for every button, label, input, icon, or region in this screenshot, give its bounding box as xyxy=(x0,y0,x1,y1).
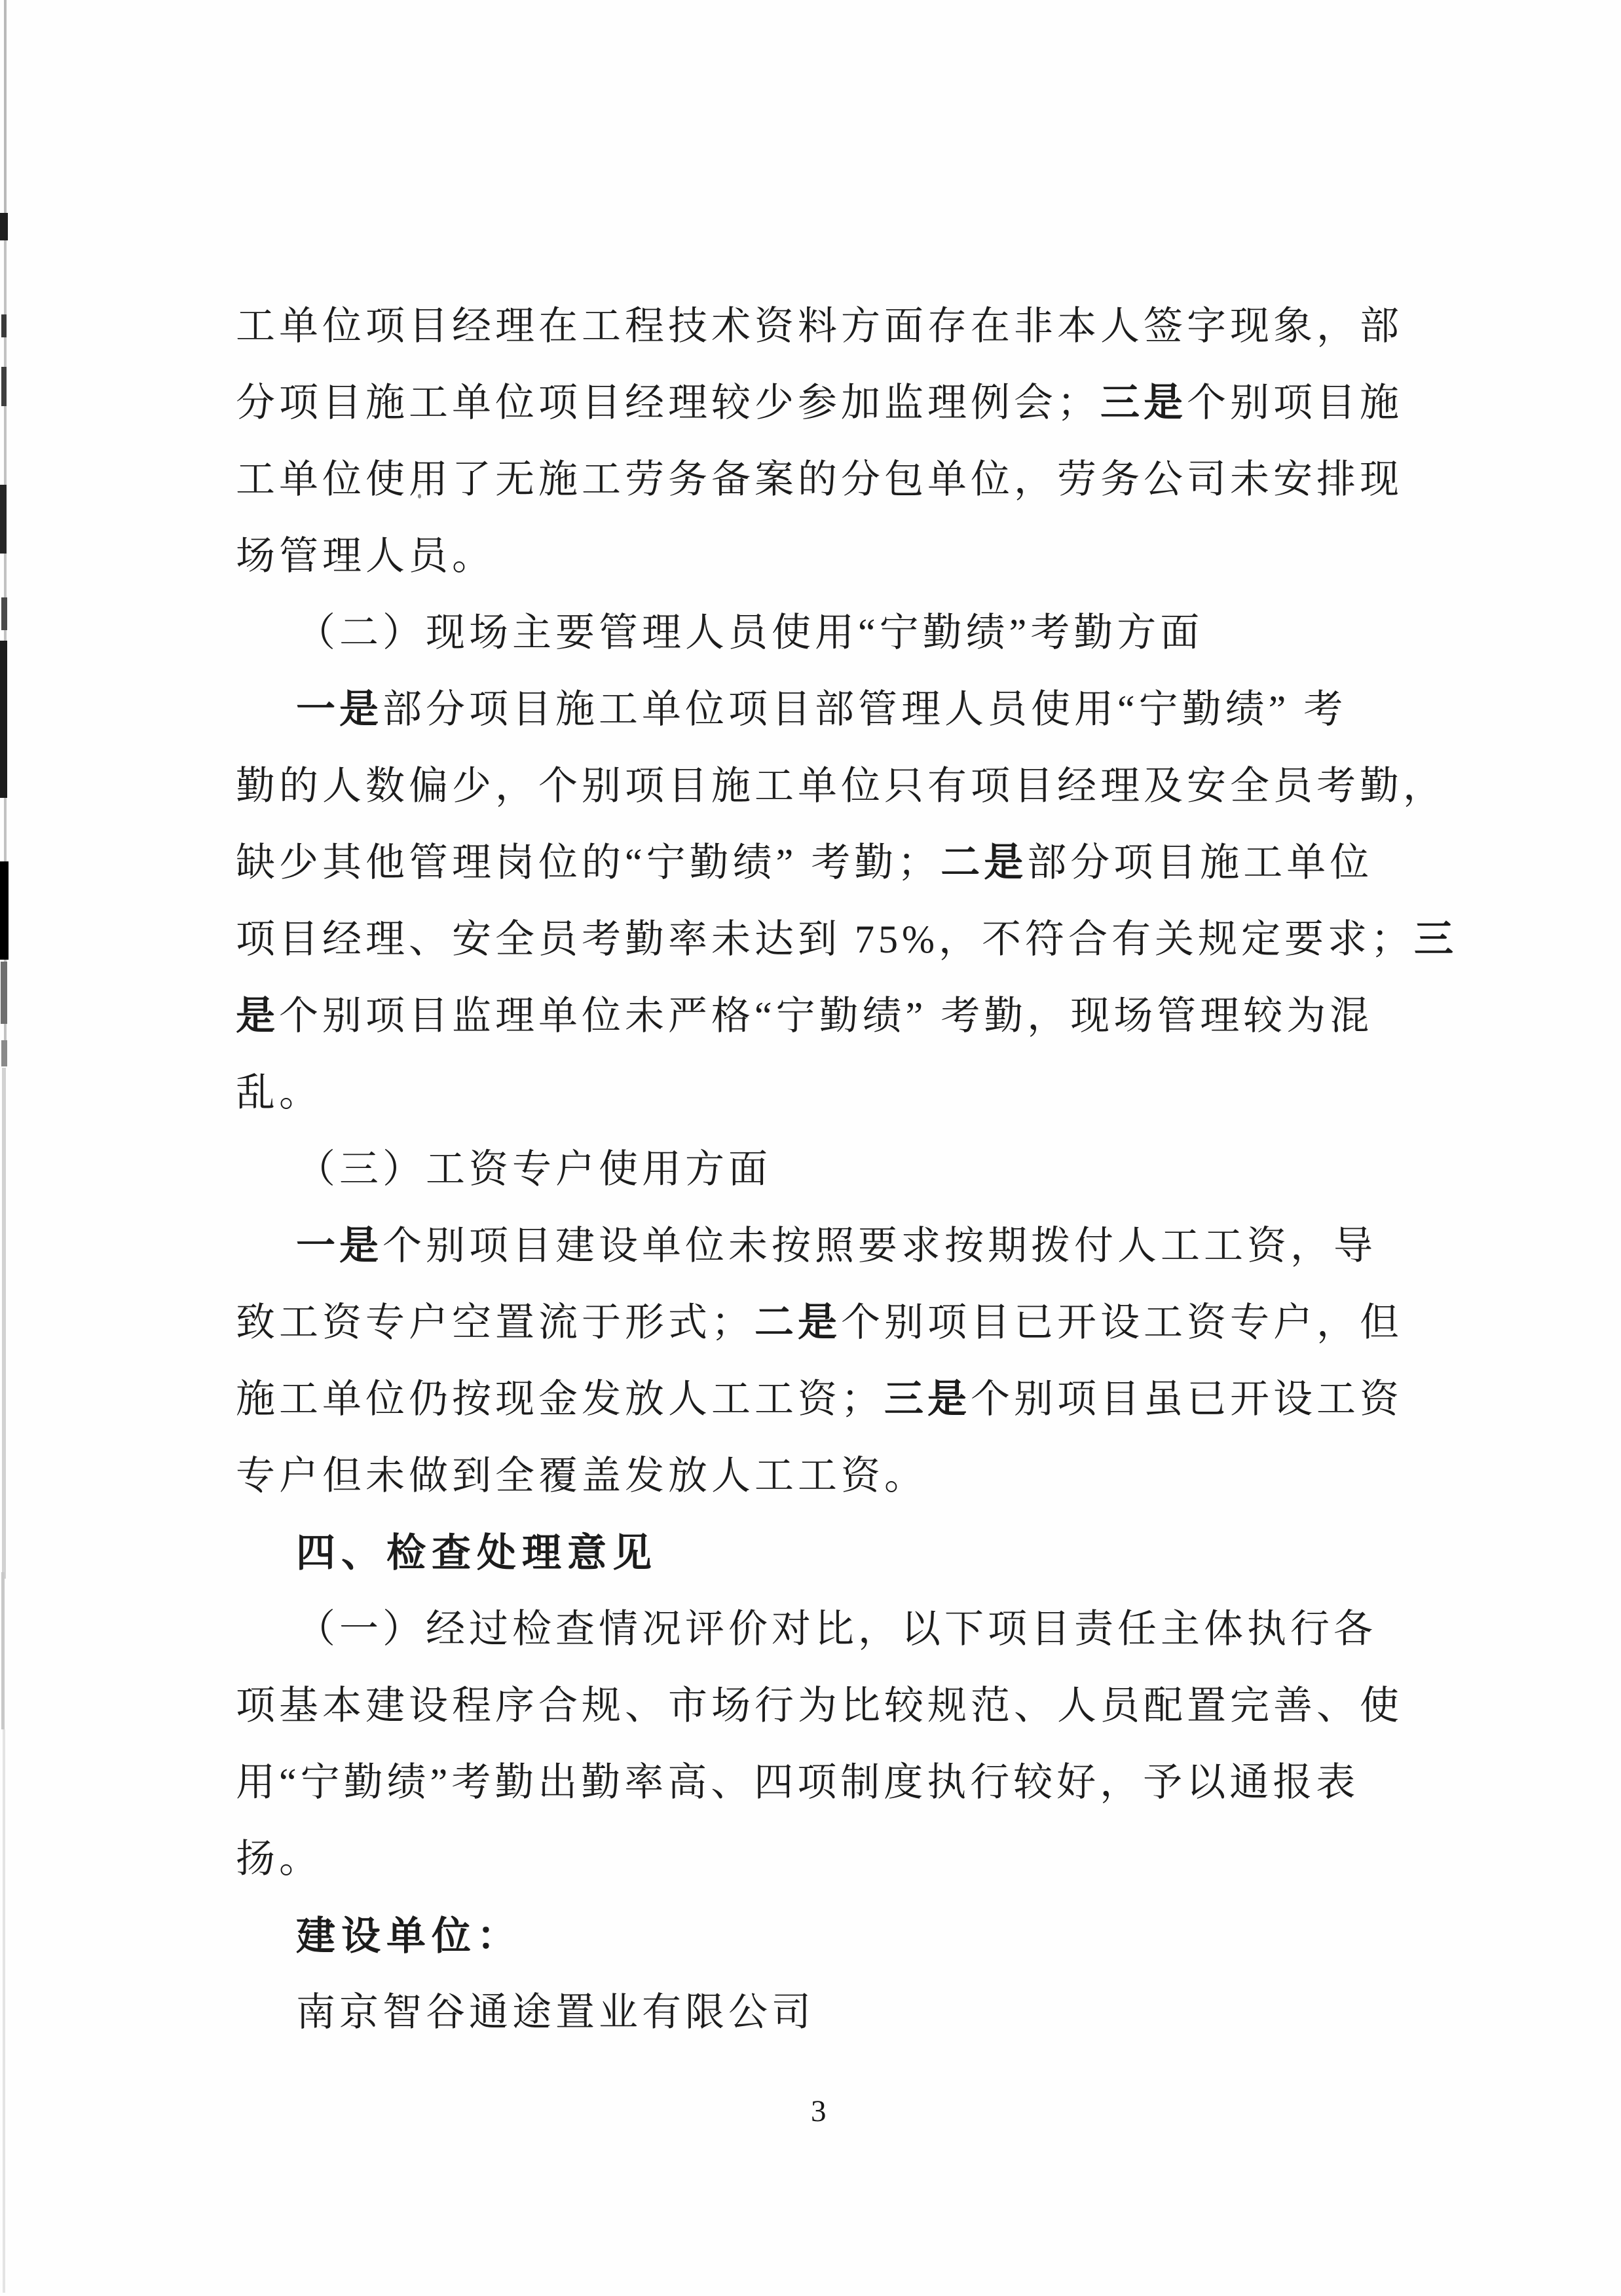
text-line: 四、检查处理意见 xyxy=(236,1532,1540,1573)
body-text: 施工单位仍按现金发放人工工资； xyxy=(236,1378,884,1421)
text-line: 项目经理、安全员考勤率未达到 75%，不符合有关规定要求；三 xyxy=(236,919,1480,960)
text-line: 扬。 xyxy=(236,1839,1480,1880)
text-line: 专户但未做到全覆盖发放人工工资。 xyxy=(236,1456,1480,1497)
text-line: 缺少其他管理岗位的“宁勤绩” 考勤；二是部分项目施工单位 xyxy=(236,842,1480,884)
emphasis-text: 三 xyxy=(1414,918,1457,961)
body-text: 工单位使用了无施工劳务备案的分包单位，劳务公司未安排现 xyxy=(236,458,1403,501)
body-text: 项目经理、安全员考勤率未达到 75%，不符合有关规定要求； xyxy=(236,918,1414,961)
emphasis-text: 一是 xyxy=(296,688,382,731)
emphasis-text: 三是 xyxy=(884,1378,971,1421)
text-line: 项基本建设程序合规、市场行为比较规范、人员配置完善、使 xyxy=(236,1685,1480,1727)
body-text: 勤的人数偏少，个别项目施工单位只有项目经理及安全员考勤， xyxy=(236,764,1446,808)
text-line: 南京智谷通途置业有限公司 xyxy=(236,1992,1540,2033)
body-text: 扬。 xyxy=(236,1837,322,1881)
text-line: 施工单位仍按现金发放人工工资；三是个别项目虽已开设工资 xyxy=(236,1379,1480,1420)
body-text: 缺少其他管理岗位的“宁勤绩” 考勤； xyxy=(236,841,941,884)
emphasis-text: 二是 xyxy=(941,841,1027,884)
body-text: 个别项目施 xyxy=(1187,381,1403,424)
text-line: 用“宁勤绩”考勤出勤率高、四项制度执行较好，予以通报表 xyxy=(236,1762,1480,1803)
body-text: （二）现场主要管理人员使用“宁勤绩”考勤方面 xyxy=(296,611,1203,654)
body-text: （三）工资专户使用方面 xyxy=(296,1148,772,1191)
text-line: 勤的人数偏少，个别项目施工单位只有项目经理及安全员考勤， xyxy=(236,766,1480,807)
text-line: （二）现场主要管理人员使用“宁勤绩”考勤方面 xyxy=(236,612,1540,654)
text-line: （三）工资专户使用方面 xyxy=(236,1149,1540,1190)
body-text: 乱。 xyxy=(236,1071,322,1114)
text-line: 场管理人员。 xyxy=(236,536,1480,577)
scanned-document-page: 工单位项目经理在工程技术资料方面存在非本人签字现象，部分项目施工单位项目经理较少… xyxy=(0,0,1621,2296)
text-line: 工单位使用了无施工劳务备案的分包单位，劳务公司未安排现 xyxy=(236,459,1480,500)
body-text: 分项目施工单位项目经理较少参加监理例会； xyxy=(236,381,1100,424)
body-text: （一）经过检查情况评价对比，以下项目责任主体执行各 xyxy=(296,1608,1377,1651)
page-number: 3 xyxy=(811,2094,827,2129)
text-line: 一是个别项目建设单位未按照要求按期拨付人工工资，导 xyxy=(236,1226,1540,1267)
body-text: 专户但未做到全覆盖发放人工工资。 xyxy=(236,1454,927,1497)
emphasis-text: 二是 xyxy=(755,1301,841,1344)
body-text: 用“宁勤绩”考勤出勤率高、四项制度执行较好，予以通报表 xyxy=(236,1761,1359,1804)
body-text: 个别项目虽已开设工资 xyxy=(971,1378,1403,1421)
text-line: 乱。 xyxy=(236,1072,1480,1114)
emphasis-text: 建设单位： xyxy=(296,1914,522,1958)
body-text: 个别项目已开设工资专户，但 xyxy=(841,1301,1403,1344)
text-line: 致工资专户空置流于形式；二是个别项目已开设工资专户，但 xyxy=(236,1302,1480,1344)
text-line: 一是部分项目施工单位项目部管理人员使用“宁勤绩” 考 xyxy=(236,689,1540,730)
text-line: 分项目施工单位项目经理较少参加监理例会；三是个别项目施 xyxy=(236,383,1480,424)
body-text: 工单位项目经理在工程技术资料方面存在非本人签字现象，部 xyxy=(236,305,1403,348)
text-line: 是个别项目监理单位未严格“宁勤绩” 考勤，现场管理较为混 xyxy=(236,996,1480,1037)
body-text: 南京智谷通途置业有限公司 xyxy=(296,1991,815,2034)
emphasis-text: 一是 xyxy=(296,1224,382,1268)
emphasis-text: 是 xyxy=(236,994,279,1038)
text-line: 建设单位： xyxy=(236,1915,1540,1957)
body-text: 项基本建设程序合规、市场行为比较规范、人员配置完善、使 xyxy=(236,1684,1403,1727)
body-text: 场管理人员。 xyxy=(236,535,495,578)
body-text: 个别项目监理单位未严格“宁勤绩” 考勤，现场管理较为混 xyxy=(279,994,1373,1038)
emphasis-text: 四、检查处理意见 xyxy=(296,1531,658,1575)
text-line: 工单位项目经理在工程技术资料方面存在非本人签字现象，部 xyxy=(236,306,1480,347)
body-text: 个别项目建设单位未按照要求按期拨付人工工资，导 xyxy=(382,1224,1377,1268)
emphasis-text: 三是 xyxy=(1100,381,1187,424)
body-text: 致工资专户空置流于形式； xyxy=(236,1301,755,1344)
body-text: 部分项目施工单位 xyxy=(1027,841,1373,884)
body-text: 部分项目施工单位项目部管理人员使用“宁勤绩” 考 xyxy=(382,688,1347,731)
text-line: （一）经过检查情况评价对比，以下项目责任主体执行各 xyxy=(236,1609,1540,1650)
